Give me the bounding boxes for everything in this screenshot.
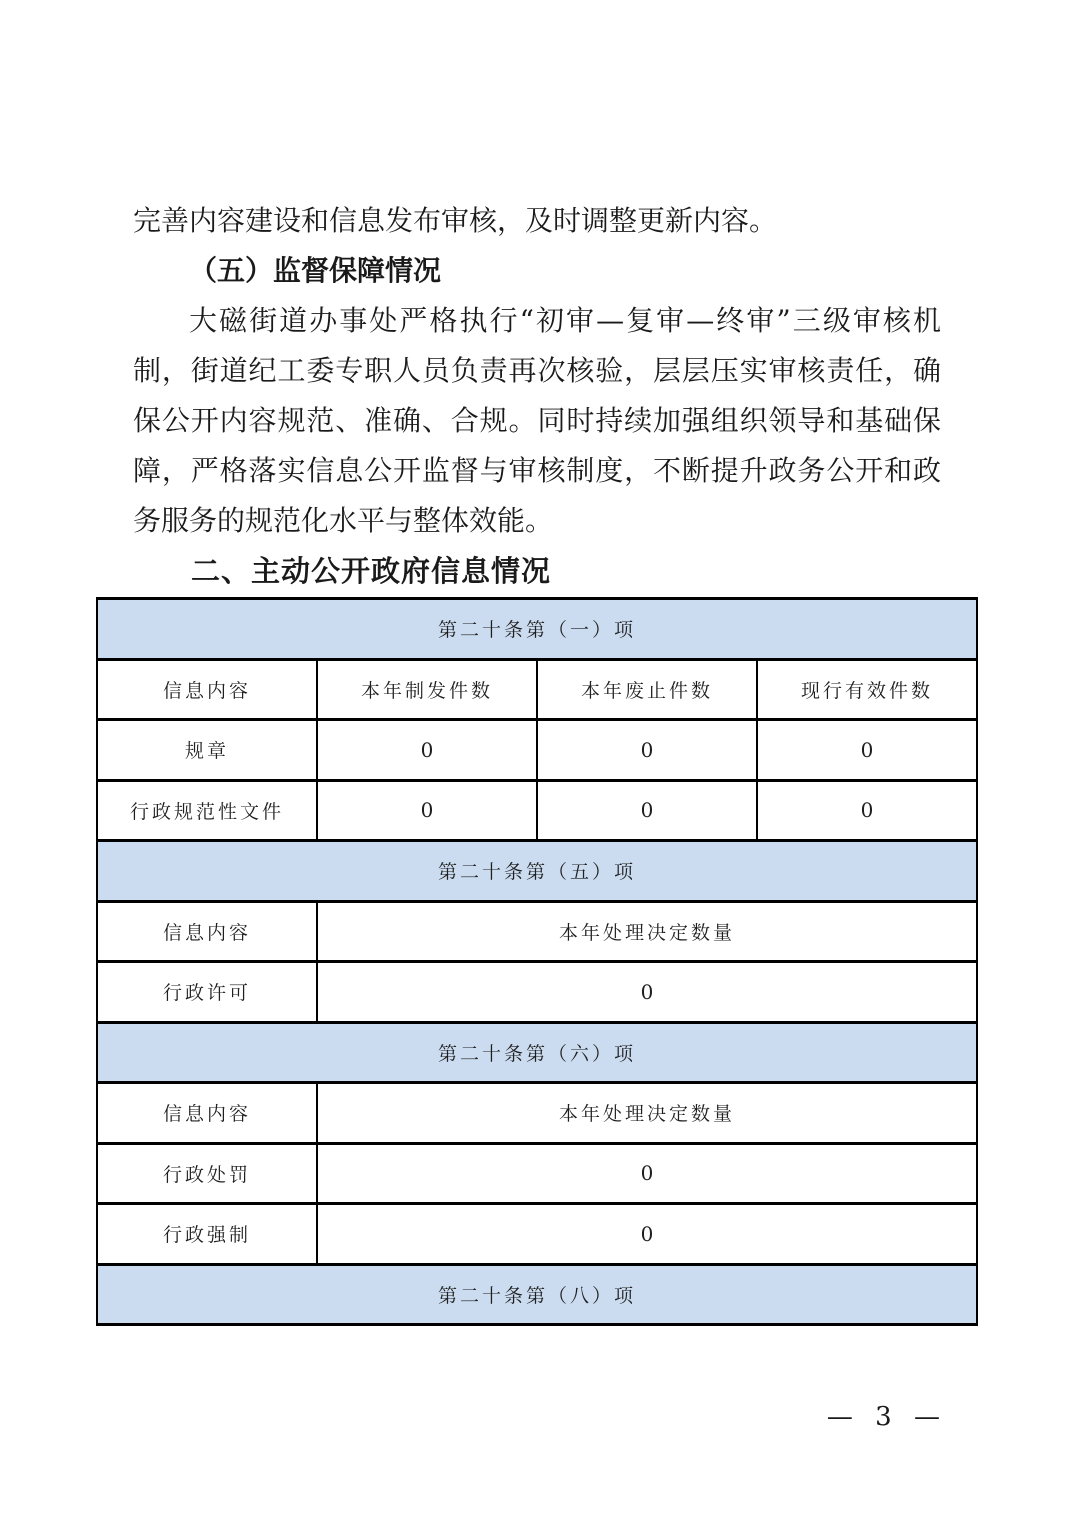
table-header-cell: 信息内容: [97, 1083, 317, 1144]
table-section-header: 第二十条第（一）项: [97, 599, 977, 660]
table-header-row: 信息内容 本年制发件数 本年废止件数 现行有效件数: [97, 659, 977, 720]
page-number: — 3 —: [827, 1402, 940, 1432]
paragraph-line: 大磁街道办事处严格执行“初审—复审—终审”三级审核机: [133, 296, 941, 346]
table-value-cell: 0: [317, 962, 977, 1023]
table-section-header: 第二十条第（五）项: [97, 841, 977, 902]
table-section-row: 第二十条第（八）项: [97, 1264, 977, 1325]
table-label-cell: 行政处罚: [97, 1143, 317, 1204]
table-label-cell: 行政许可: [97, 962, 317, 1023]
table-value-cell: 0: [317, 1204, 977, 1265]
table-row: 规章 0 0 0: [97, 720, 977, 781]
table-header-row: 信息内容 本年处理决定数量: [97, 1083, 977, 1144]
table-section-row: 第二十条第（一）项: [97, 599, 977, 660]
table-value-cell: 0: [537, 720, 757, 781]
table-value-cell: 0: [317, 720, 537, 781]
info-disclosure-table: 第二十条第（一）项 信息内容 本年制发件数 本年废止件数 现行有效件数 规章 0…: [96, 597, 978, 1326]
table-header-cell: 信息内容: [97, 901, 317, 962]
paragraph-line: 务服务的规范化水平与整体效能。: [133, 496, 941, 546]
table-label-cell: 规章: [97, 720, 317, 781]
paragraph-continuation-line: 完善内容建设和信息发布审核，及时调整更新内容。: [133, 196, 941, 246]
table-row: 行政规范性文件 0 0 0: [97, 780, 977, 841]
table-value-cell: 0: [757, 720, 977, 781]
table-section-header: 第二十条第（八）项: [97, 1264, 977, 1325]
table-label-cell: 行政规范性文件: [97, 780, 317, 841]
table-value-cell: 0: [537, 780, 757, 841]
table-label-cell: 行政强制: [97, 1204, 317, 1265]
table-section-header: 第二十条第（六）项: [97, 1022, 977, 1083]
table-header-cell: 本年处理决定数量: [317, 901, 977, 962]
document-page: 完善内容建设和信息发布审核，及时调整更新内容。 （五）监督保障情况 大磁街道办事…: [0, 0, 1074, 1520]
section-heading-supervision: （五）监督保障情况: [133, 246, 941, 296]
paragraph-line: 保公开内容规范、准确、合规。同时持续加强组织领导和基础保: [133, 396, 941, 446]
table-row: 行政处罚 0: [97, 1143, 977, 1204]
paragraph-line: 制，街道纪工委专职人员负责再次核验，层层压实审核责任，确: [133, 346, 941, 396]
table-header-cell: 本年废止件数: [537, 659, 757, 720]
table-value-cell: 0: [757, 780, 977, 841]
section-heading-proactive-disclosure: 二、主动公开政府信息情况: [133, 546, 941, 596]
table-section-row: 第二十条第（五）项: [97, 841, 977, 902]
table-header-cell: 信息内容: [97, 659, 317, 720]
table-row: 行政强制 0: [97, 1204, 977, 1265]
body-text: 完善内容建设和信息发布审核，及时调整更新内容。 （五）监督保障情况 大磁街道办事…: [133, 196, 941, 596]
table-value-cell: 0: [317, 780, 537, 841]
paragraph-line: 障，严格落实信息公开监督与审核制度，不断提升政务公开和政: [133, 446, 941, 496]
table-value-cell: 0: [317, 1143, 977, 1204]
table-header-row: 信息内容 本年处理决定数量: [97, 901, 977, 962]
table-header-cell: 现行有效件数: [757, 659, 977, 720]
table-header-cell: 本年制发件数: [317, 659, 537, 720]
table-section-row: 第二十条第（六）项: [97, 1022, 977, 1083]
table-row: 行政许可 0: [97, 962, 977, 1023]
table-header-cell: 本年处理决定数量: [317, 1083, 977, 1144]
